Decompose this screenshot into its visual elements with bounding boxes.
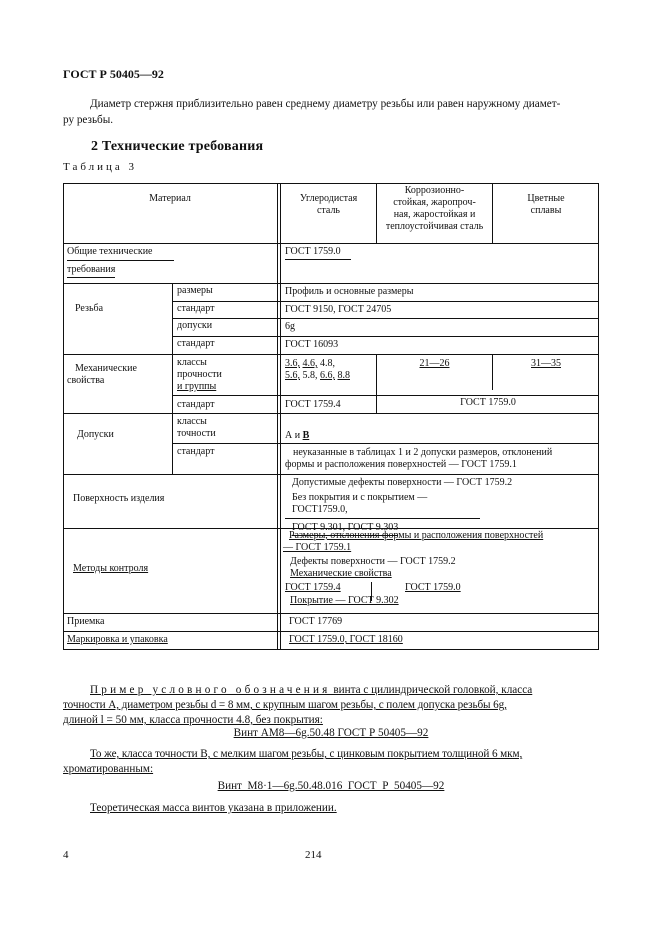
surface-line: Допустимые дефекты поверхности — ГОСТ 17… — [285, 477, 512, 489]
row-control-value: Размеры, отклонения формы и расположения… — [283, 530, 597, 607]
header-material: Материал — [63, 193, 277, 205]
example-line-2: точности А, диаметром резьбы d = 8 мм, с… — [63, 698, 599, 713]
mechanical-label-line: Механические — [67, 363, 137, 375]
intro-paragraph: Диаметр стержня приблизительно равен сре… — [63, 96, 599, 128]
header-corrosion-line: теплоустойчивая сталь — [377, 221, 492, 233]
example-line-1: Пример условного обозначения винта с цил… — [63, 683, 599, 698]
corrosion-groups: 21—26 — [377, 358, 492, 370]
header-nonferrous-line: Цветные — [493, 193, 599, 205]
document-id: ГОСТ Р 50405—92 — [63, 67, 164, 82]
row-acceptance-value: ГОСТ 17769 — [289, 616, 342, 628]
nonferrous-groups: 31—35 — [493, 358, 599, 370]
row-surface-value: Допустимые дефекты поверхности — ГОСТ 17… — [285, 477, 512, 536]
intro-line-1: Диаметр стержня приблизительно равен сре… — [63, 96, 599, 112]
header-corrosion-line: ная, жаростойкая и — [377, 209, 492, 221]
header-corrosion-line: стойкая, жаропроч- — [377, 197, 492, 209]
strength-class: 4.6, — [303, 358, 318, 369]
thread-sub-value: ГОСТ 16093 — [285, 339, 338, 351]
mechanical-label-line: свойства — [67, 375, 137, 387]
classes-label-line: прочности — [177, 369, 222, 381]
tolerance-class-a: А и — [285, 430, 303, 441]
mechanical-classes-label: классы прочности и группы — [177, 357, 222, 393]
thread-sub-name: стандарт — [177, 303, 215, 315]
header-nonferrous-line: сплавы — [493, 205, 599, 217]
row-marking-label: Маркировка и упаковка — [67, 634, 168, 646]
mechanical-other-standard: ГОСТ 1759.0 — [377, 397, 599, 409]
strength-class: 5.8, — [303, 370, 318, 381]
carbon-strength-classes: 3.6, 4.6, 4.8, 5.6, 5.8, 6.6, 8.8 — [285, 358, 350, 382]
strength-class: 6.6, — [320, 370, 335, 381]
requirements-table: Материал Углеродистая сталь Коррозионно-… — [63, 183, 599, 650]
thread-sub-name: размеры — [177, 285, 213, 297]
tolerance-classes-value: А и В — [285, 430, 309, 442]
designation-1: Винт АМ8—6g.50.48 ГОСТ Р 50405—92 — [63, 726, 599, 741]
control-standard-carbon: ГОСТ 1759.4 — [285, 582, 341, 594]
header-nonferrous: Цветные сплавы — [493, 193, 599, 217]
page-number-left: 4 — [63, 849, 69, 861]
thread-sub-value: 6g — [285, 321, 295, 333]
control-divider — [371, 582, 372, 601]
row-surface-label: Поверхность изделия — [73, 493, 164, 505]
control-standard-other: ГОСТ 1759.0 — [405, 582, 461, 594]
tolerance-standard-value: неуказанные в таблицах 1 и 2 допуски раз… — [285, 447, 597, 471]
general-value-text: ГОСТ 1759.0 — [285, 246, 351, 260]
table-caption: Таблица 3 — [63, 161, 137, 173]
page-number-center: 214 — [305, 849, 322, 861]
thread-sub-name: допуски — [177, 320, 212, 332]
control-line: Дефекты поверхности — ГОСТ 1759.2 — [283, 556, 597, 568]
control-line: — ГОСТ 1759.1 — [283, 542, 597, 554]
same-line-2: хроматированным: — [63, 762, 599, 777]
row-thread-label: Резьба — [75, 303, 103, 315]
thread-sub-name: стандарт — [177, 338, 215, 350]
same-line-1: То же, класса точности В, с мелким шагом… — [63, 747, 599, 762]
row-mechanical-label: Механические свойства — [67, 363, 137, 387]
tolerance-classes-label: классы точности — [177, 416, 216, 440]
mechanical-standard-label: стандарт — [177, 399, 215, 411]
tolerance-standard-label: стандарт — [177, 446, 215, 458]
row-general-value: ГОСТ 1759.0 — [285, 246, 351, 260]
example-paragraph: Пример условного обозначения винта с цил… — [63, 683, 599, 728]
control-line: Покрытие — ГОСТ 9.302 — [290, 595, 399, 606]
row-tolerances-label: Допуски — [77, 429, 114, 441]
control-line: Размеры, отклонения формы и расположения… — [283, 530, 597, 542]
tolerance-class-b: В — [303, 430, 310, 441]
section-title: 2 Технические требования — [91, 139, 263, 155]
thread-sub-value: Профиль и основные размеры — [285, 286, 413, 298]
row-general-label: Общие технические требования — [67, 246, 174, 278]
header-carbon-line: Углеродистая — [281, 193, 376, 205]
general-label-line: Общие технические — [67, 246, 174, 261]
general-label-line: требования — [67, 264, 115, 278]
strength-class: 8.8 — [338, 370, 351, 381]
strength-class: 4.8, — [320, 358, 335, 369]
strength-class: 3.6, — [285, 358, 300, 369]
header-corrosion-steel: Коррозионно- стойкая, жаропроч- ная, жар… — [377, 185, 492, 233]
strength-class: 5.6, — [285, 370, 300, 381]
thread-sub-value: ГОСТ 9150, ГОСТ 24705 — [285, 304, 391, 316]
surface-line: Без покрытия и с покрытием — ГОСТ1759.0, — [285, 492, 480, 519]
header-corrosion-line: Коррозионно- — [377, 185, 492, 197]
row-acceptance-label: Приемка — [67, 616, 105, 628]
tolerance-standard-line: неуказанные в таблицах 1 и 2 допуски раз… — [285, 447, 597, 459]
mass-note: Теоретическая масса винтов указана в при… — [90, 801, 337, 816]
designation-2: Винт М8·1—6g.50.48.016 ГОСТ Р 50405—92 — [63, 779, 599, 794]
tolerance-standard-line: формы и расположения поверхностей — ГОСТ… — [285, 459, 597, 471]
classes-label-line: классы — [177, 357, 222, 369]
tolerance-classes-line: точности — [177, 428, 216, 440]
header-carbon-line: сталь — [281, 205, 376, 217]
example-spaced-label: Пример условного обозначения — [90, 684, 331, 696]
row-control-label: Методы контроля — [73, 563, 148, 575]
tolerance-classes-line: классы — [177, 416, 216, 428]
classes-label-line: и группы — [177, 381, 222, 393]
header-carbon-steel: Углеродистая сталь — [281, 193, 376, 217]
same-paragraph: То же, класса точности В, с мелким шагом… — [63, 747, 599, 777]
control-line: Механические свойства — [290, 568, 392, 579]
intro-line-2: ру резьбы. — [63, 112, 599, 128]
mechanical-carbon-standard: ГОСТ 1759.4 — [285, 399, 341, 411]
example-line-1-rest: винта с цилиндрической головкой, класса — [331, 684, 533, 696]
row-marking-value: ГОСТ 1759.0, ГОСТ 18160 — [289, 634, 403, 646]
